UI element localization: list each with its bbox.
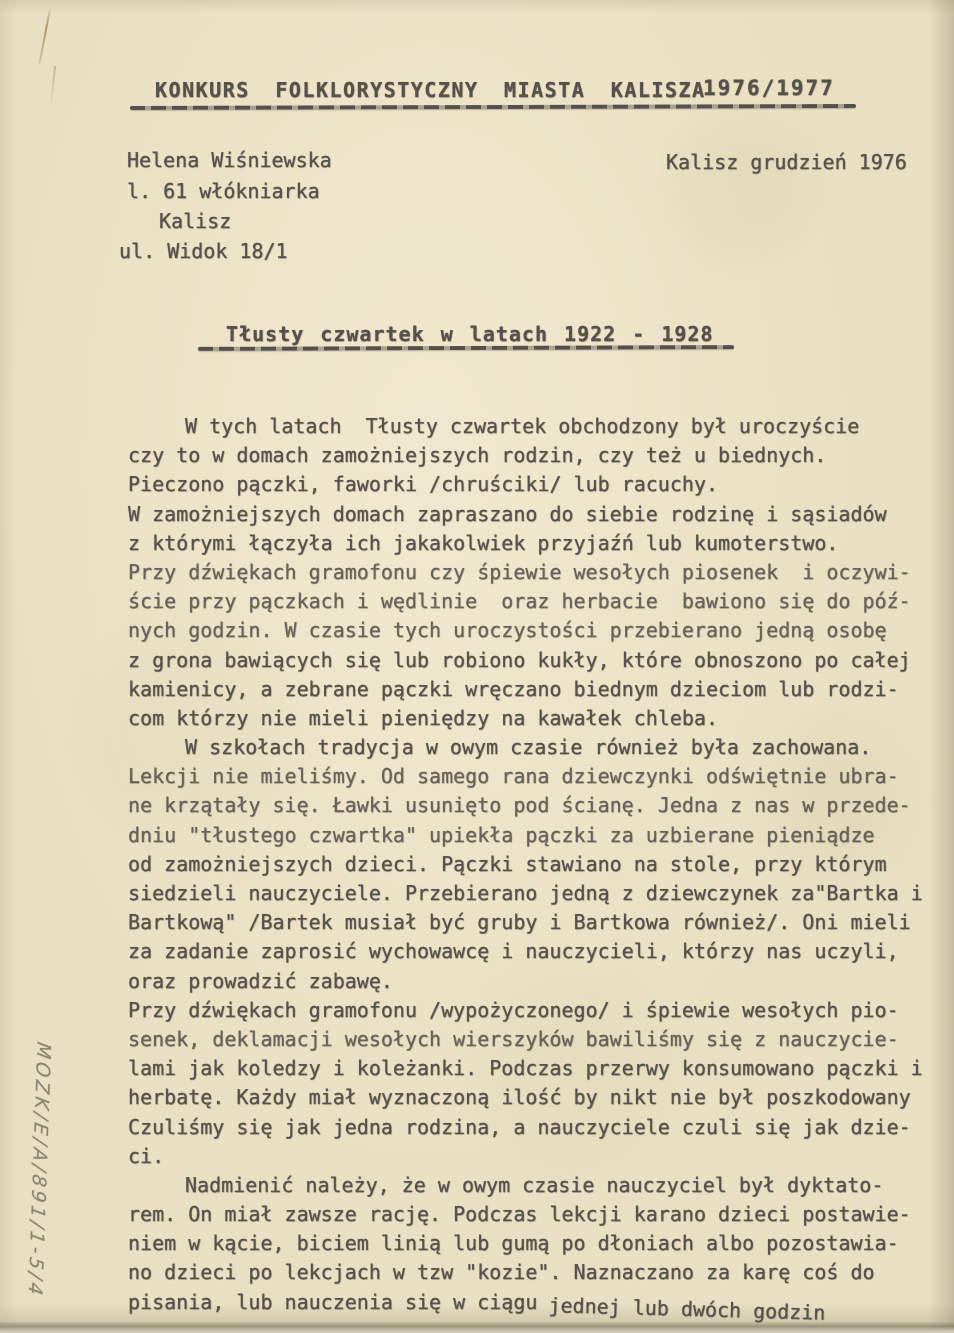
author-city: Kalisz (159, 209, 231, 233)
body-line: ci. (128, 1142, 940, 1171)
body-line: Przy dźwiękach gramofonu czy śpiewie wes… (128, 558, 940, 587)
body-line: od zamożniejszych dzieci. Pączki stawian… (128, 850, 940, 879)
body-line: niem w kącie, biciem linią lub gumą po d… (128, 1229, 940, 1258)
body-last-line: pisania, lub nauczenia się w ciągu jedne… (128, 1288, 940, 1317)
body-line: za zadanie zaprosić wychowawcę i nauczyc… (128, 937, 940, 966)
body-line: Przy dźwiękach gramofonu /wypożyczonego/… (128, 996, 940, 1025)
body-line: senek, deklamacji wesołych wierszyków ba… (128, 1025, 940, 1054)
body-line: rem. On miał zawsze rację. Podczas lekcj… (128, 1200, 940, 1229)
body-line: oraz prowadzić zabawę. (128, 967, 940, 996)
body-line: nych godzin. W czasie tych uroczystości … (128, 616, 940, 645)
body-last-line-head: pisania, lub nauczenia się w ciągu (128, 1290, 549, 1314)
body-line: z którymi łączyła ich jakakolwiek przyja… (128, 529, 940, 558)
body-line: W szkołach tradycja w owym czasie równie… (128, 733, 940, 762)
body-line: Pieczono pączki, faworki /chruściki/ lub… (128, 470, 940, 499)
body-line: no dzieci po lekcjach w tzw "kozie". Naz… (128, 1258, 940, 1287)
body-line: ne krzątały się. Ławki usunięto pod ścia… (128, 791, 940, 820)
body-line: dniu "tłustego czwartka" upiekła pączki … (128, 821, 940, 850)
body-line: lami jak koledzy i koleżanki. Podczas pr… (128, 1054, 940, 1083)
author-street: ul. Widok 18/1 (119, 239, 288, 263)
document-title: Tłusty czwartek w latach 1922 - 1928 (226, 322, 713, 346)
body-line: czy to w domach zamożniejszych rodzin, c… (128, 441, 940, 470)
document-body: W tych latach Tłusty czwartek obchodzony… (128, 412, 940, 1317)
body-line: Lekcji nie mieliśmy. Od samego rana dzie… (128, 762, 940, 791)
scan-bottom-edge (0, 1321, 954, 1333)
body-line: W tych latach Tłusty czwartek obchodzony… (128, 412, 940, 441)
author-occupation: l. 61 włókniarka (127, 179, 320, 203)
body-line: ście przy pączkach i wędlinie oraz herba… (128, 587, 940, 616)
body-line: Czuliśmy się jak jedna rodzina, a nauczy… (128, 1113, 940, 1142)
contest-years: 1976/1977 (703, 76, 835, 100)
dateline: Kalisz grudzień 1976 (666, 150, 907, 174)
author-name: Helena Wiśniewska (127, 148, 332, 172)
body-line: Nadmienić należy, że w owym czasie naucz… (128, 1171, 940, 1200)
body-line: z grona bawiących się lub robiono kukły,… (128, 646, 940, 675)
body-line: kamienicy, a zebrane pączki wręczano bie… (128, 675, 940, 704)
body-line: W zamożniejszych domach zapraszano do si… (128, 500, 940, 529)
contest-header: KONKURS FOLKLORYSTYCZNY MIASTA KALISZA (155, 78, 706, 102)
body-line: Bartkową" /Bartek musiał być gruby i Bar… (128, 908, 940, 937)
body-line: herbatę. Każdy miał wyznaczoną ilość by … (128, 1083, 940, 1112)
body-line: siedzieli nauczyciele. Przebierano jedną… (128, 879, 940, 908)
body-line: com którzy nie mieli pieniędzy na kawałe… (128, 704, 940, 733)
